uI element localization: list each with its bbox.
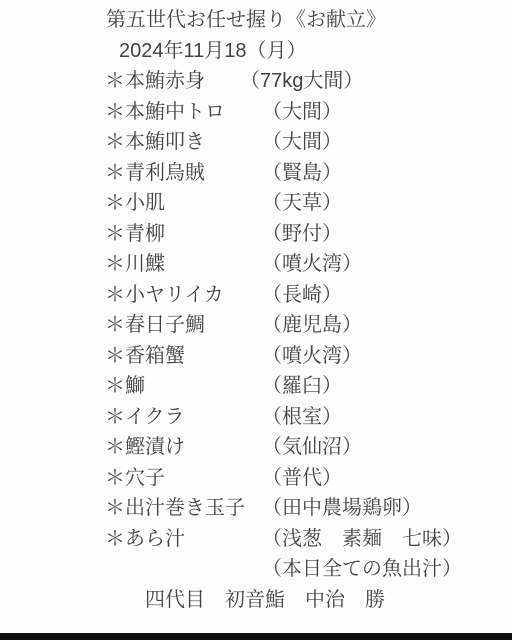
item-name: ＊春日子鯛 (105, 310, 262, 341)
item-name: ＊青柳 (105, 219, 262, 250)
item-name: ＊小ヤリイカ (105, 280, 262, 311)
item-origin: （長崎） (262, 280, 342, 311)
menu-item-row: ＊鰹漬け （気仙沼） (105, 432, 512, 463)
item-name: ＊青利烏賊 (105, 158, 262, 189)
item-name: ＊本鮪中トロ (105, 97, 262, 128)
menu-item-row: ＊青利烏賊 （賢島） (105, 158, 512, 189)
menu-date: 2024年11月18（月） (119, 36, 512, 67)
menu-item-row: ＊あら汁 （浅葱 素麺 七味） (105, 524, 512, 555)
item-origin: （大間） (262, 97, 342, 128)
item-name: ＊出汁巻き玉子 (105, 493, 262, 524)
menu-item-row: ＊出汁巻き玉子 （田中農場鶏卵） (105, 493, 512, 524)
fish-broth-note: （本日全ての魚出汁） (262, 554, 512, 585)
item-origin: （気仙沼） (262, 432, 362, 463)
menu-item-row: ＊小ヤリイカ （長崎） (105, 280, 512, 311)
item-origin: （賢島） (262, 158, 342, 189)
item-name: ＊穴子 (105, 463, 262, 494)
item-origin: （羅臼） (262, 371, 342, 402)
signature-line: 四代目 初音鮨 中治 勝 (145, 585, 512, 616)
menu-title: 第五世代お任せ握り《お献立》 (106, 5, 512, 36)
item-origin: （77kg大間） (240, 66, 363, 97)
item-origin: （根室） (262, 402, 342, 433)
item-name: ＊本鮪赤身 (105, 66, 240, 97)
item-origin: （普代） (262, 463, 342, 494)
menu-item-row: ＊川鰈 （噴火湾） (105, 249, 512, 280)
item-origin: （浅葱 素麺 七味） (262, 524, 462, 555)
item-name: ＊イクラ (105, 402, 262, 433)
item-name: ＊本鮪叩き (105, 127, 262, 158)
menu-item-row: ＊本鮪叩き （大間） (105, 127, 512, 158)
item-name: ＊川鰈 (105, 249, 262, 280)
item-origin: （田中農場鶏卵） (262, 493, 422, 524)
item-origin: （天草） (262, 188, 342, 219)
menu-item-row: ＊春日子鯛 （鹿児島） (105, 310, 512, 341)
item-origin: （噴火湾） (262, 341, 362, 372)
menu-item-row: ＊香箱蟹 （噴火湾） (105, 341, 512, 372)
item-origin: （噴火湾） (262, 249, 362, 280)
item-name: ＊小肌 (105, 188, 262, 219)
menu-item-list: ＊本鮪赤身 （77kg大間） ＊本鮪中トロ （大間） ＊本鮪叩き （大間） ＊青… (0, 66, 512, 554)
item-name: ＊鰹漬け (105, 432, 262, 463)
item-name: ＊香箱蟹 (105, 341, 262, 372)
menu-item-row: ＊本鮪中トロ （大間） (105, 97, 512, 128)
menu-item-row: ＊小肌 （天草） (105, 188, 512, 219)
menu-sheet: 第五世代お任せ握り《お献立》 2024年11月18（月） ＊本鮪赤身 （77kg… (0, 0, 512, 615)
bottom-letterbox-bar (0, 633, 512, 640)
item-origin: （大間） (262, 127, 342, 158)
item-origin: （鹿児島） (262, 310, 362, 341)
item-origin: （野付） (262, 219, 342, 250)
item-name: ＊あら汁 (105, 524, 262, 555)
item-name: ＊鰤 (105, 371, 262, 402)
menu-item-row: ＊鰤 （羅臼） (105, 371, 512, 402)
menu-item-row: ＊本鮪赤身 （77kg大間） (105, 66, 512, 97)
menu-item-row: ＊イクラ （根室） (105, 402, 512, 433)
menu-item-row: ＊青柳 （野付） (105, 219, 512, 250)
menu-item-row: ＊穴子 （普代） (105, 463, 512, 494)
